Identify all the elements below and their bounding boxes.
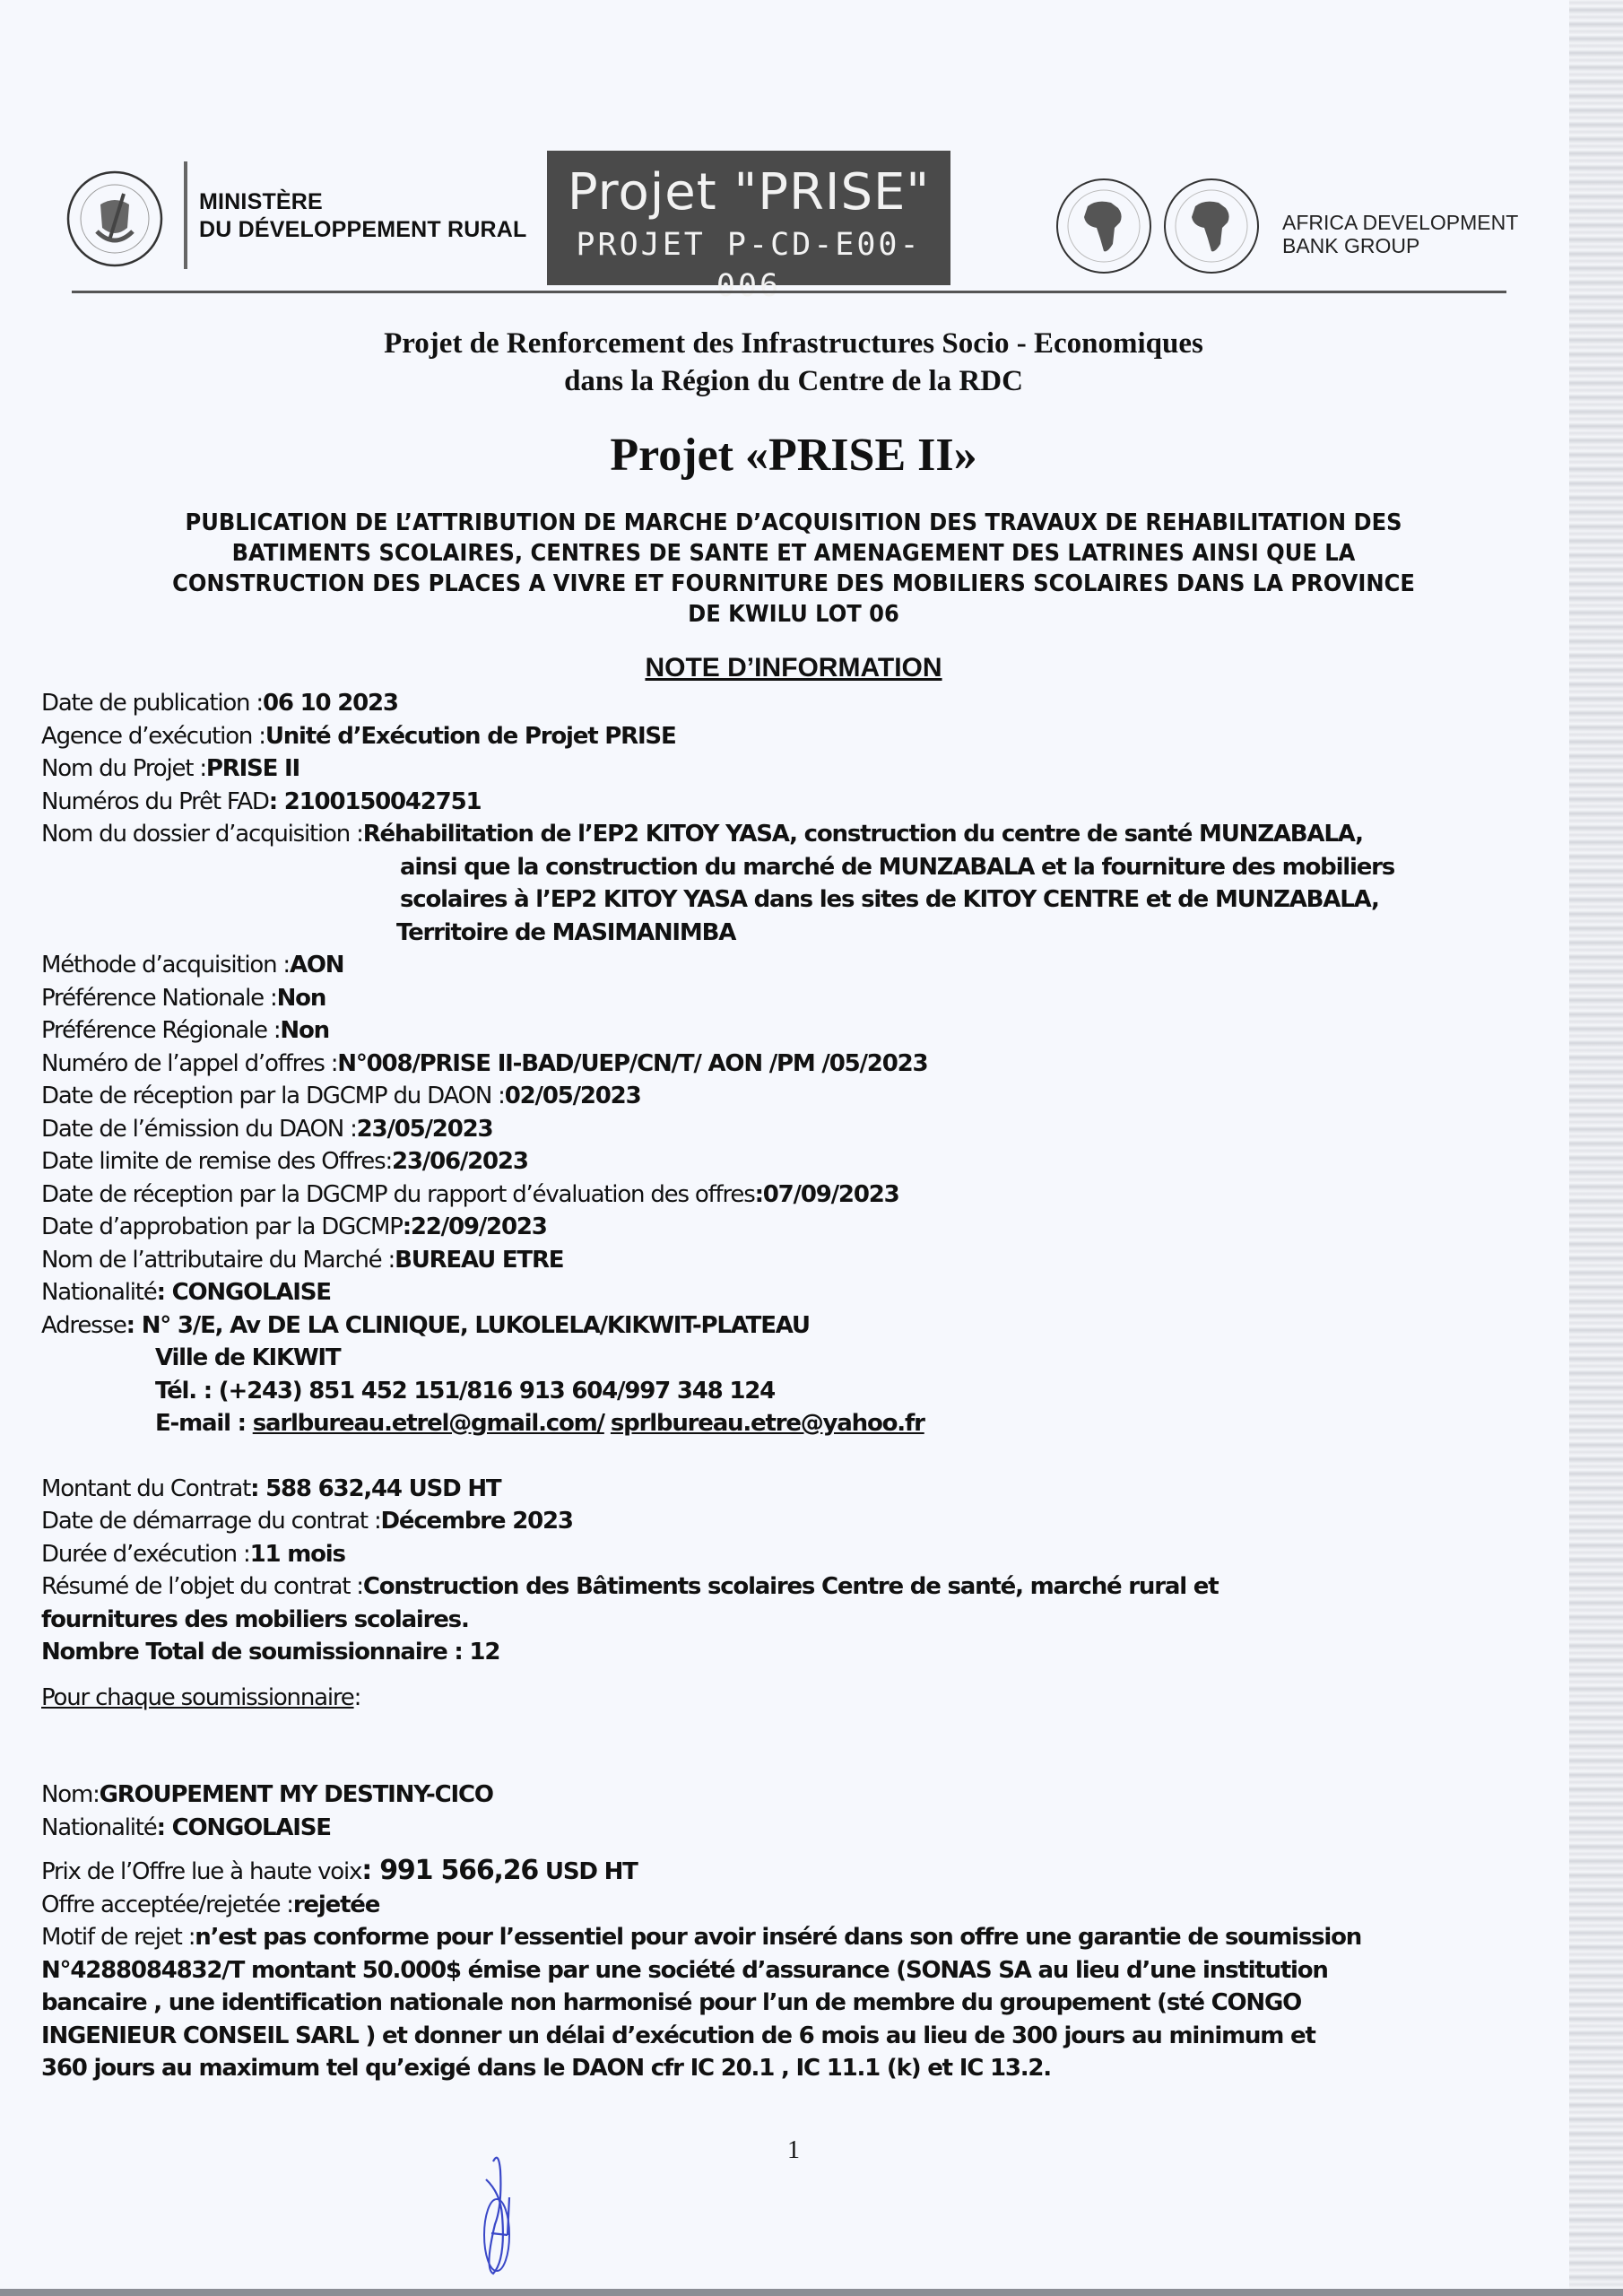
- afdb-group-name: AFRICA DEVELOPMENT BANK GROUP: [1282, 211, 1518, 257]
- publication-title: PUBLICATION DE L’ATTRIBUTION DE MARCHE D…: [89, 508, 1498, 630]
- status-rejected: rejetée: [293, 1892, 379, 1918]
- field-resume-objet: Résumé de l’objet du contrat : Construct…: [41, 1570, 1566, 1604]
- prise-project-logo: Projet "PRISE" PROJET P-CD-E00-006: [547, 151, 950, 285]
- ministry-name: MINISTÈRE DU DÉVELOPPEMENT RURAL: [199, 188, 527, 244]
- field-emission-daon: Date de l’émission du DAON : 23/05/2023: [41, 1113, 1566, 1146]
- field-reception-rapport: Date de réception par la DGCMP du rappor…: [41, 1178, 1566, 1212]
- field-numero-appel-offres: Numéro de l’appel d’offres : N°008/PRISE…: [41, 1048, 1566, 1081]
- bidders-section-heading: Pour chaque soumissionnaire :: [41, 1682, 1566, 1715]
- note-heading: NOTE D’INFORMATION: [0, 653, 1587, 683]
- field-dossier-acquisition: Nom du dossier d’acquisition : Réhabilit…: [41, 818, 1566, 851]
- bidder-rejection-reason: Motif de rejet : n’est pas conforme pour…: [41, 1921, 1566, 1954]
- field-adresse-email: E-mail : sarlbureau.etrel@gmail.com/ spr…: [41, 1407, 1566, 1440]
- field-approbation: Date d’approbation par la DGCMP :22/09/2…: [41, 1211, 1566, 1244]
- drc-government-seal-icon: [65, 169, 165, 269]
- prise-logo-code: PROJET P-CD-E00-006: [547, 224, 950, 307]
- field-pret-fad: Numéros du Prêt FAD : 2100150042751: [41, 786, 1566, 819]
- scan-bottom-edge: [0, 2289, 1623, 2296]
- signature-icon: [466, 2152, 556, 2278]
- header-divider: [184, 161, 187, 269]
- page-number: 1: [0, 2136, 1587, 2165]
- field-agence-execution: Agence d’exécution : Unité d’Exécution d…: [41, 720, 1566, 753]
- prise-logo-title: Projet "PRISE": [547, 161, 950, 224]
- project-title: Projet «PRISE II»: [0, 429, 1587, 483]
- field-attributaire: Nom de l’attributaire du Marché : BUREAU…: [41, 1244, 1566, 1277]
- header-rule: [72, 291, 1506, 293]
- field-duree-execution: Durée d’exécution : 11 mois: [41, 1538, 1566, 1571]
- email-link-gmail[interactable]: sarlbureau.etrel@gmail.com/: [253, 1410, 604, 1437]
- field-date-demarrage: Date de démarrage du contrat : Décembre …: [41, 1505, 1566, 1538]
- field-preference-nationale: Préférence Nationale : Non: [41, 982, 1566, 1015]
- field-dossier-line3: scolaires à l’EP2 KITOY YASA dans les si…: [41, 883, 1566, 917]
- bidder-nationality: Nationalité : CONGOLAISE: [41, 1812, 1566, 1845]
- email-link-yahoo[interactable]: sprlbureau.etre@yahoo.fr: [611, 1410, 924, 1437]
- african-development-bank-seal-icon: [1054, 176, 1154, 276]
- field-date-limite: Date limite de remise des Offres:23/06/2…: [41, 1145, 1566, 1178]
- field-date-publication: Date de publication : 06 10 2023: [41, 687, 1566, 720]
- letterhead: MINISTÈRE DU DÉVELOPPEMENT RURAL Projet …: [0, 117, 1587, 296]
- bidder-price: Prix de l’Offre lue à haute voix : 991 5…: [41, 1855, 1566, 1889]
- bidder-status: Offre acceptée/rejetée : rejetée: [41, 1889, 1566, 1922]
- field-adresse-tel: Tél. : (+243) 851 452 151/816 913 604/99…: [41, 1375, 1566, 1408]
- field-montant-contrat: Montant du Contrat : 588 632,44 USD HT: [41, 1473, 1566, 1506]
- information-fields: Date de publication : 06 10 2023 Agence …: [41, 687, 1566, 2085]
- field-total-soumissionnaires: Nombre Total de soumissionnaire : 12: [41, 1636, 1566, 1669]
- bidder-entry: Nom: GROUPEMENT MY DESTINY-CICO National…: [41, 1779, 1566, 2085]
- bidder-name: Nom: GROUPEMENT MY DESTINY-CICO: [41, 1779, 1566, 1812]
- project-subtitle: Projet de Renforcement des Infrastructur…: [0, 325, 1587, 400]
- african-development-fund-seal-icon: [1161, 176, 1262, 276]
- field-adresse-ville: Ville de KIKWIT: [41, 1342, 1566, 1375]
- field-methode-acquisition: Méthode d’acquisition : AON: [41, 949, 1566, 982]
- field-adresse: Adresse : N° 3/E, Av DE LA CLINIQUE, LUK…: [41, 1309, 1566, 1343]
- field-dossier-line2: ainsi que la construction du marché de M…: [41, 851, 1566, 884]
- field-nom-projet: Nom du Projet : PRISE II: [41, 752, 1566, 786]
- document-page: MINISTÈRE DU DÉVELOPPEMENT RURAL Projet …: [0, 0, 1587, 2296]
- field-preference-regionale: Préférence Régionale : Non: [41, 1014, 1566, 1048]
- field-reception-daon: Date de réception par la DGCMP du DAON :…: [41, 1080, 1566, 1113]
- field-resume-objet-line2: fournitures des mobiliers scolaires.: [41, 1604, 1566, 1637]
- field-nationalite: Nationalité : CONGOLAISE: [41, 1276, 1566, 1309]
- scan-edge-artifact: [1569, 0, 1623, 2296]
- field-dossier-line4: Territoire de MASIMANIMBA: [41, 917, 1566, 950]
